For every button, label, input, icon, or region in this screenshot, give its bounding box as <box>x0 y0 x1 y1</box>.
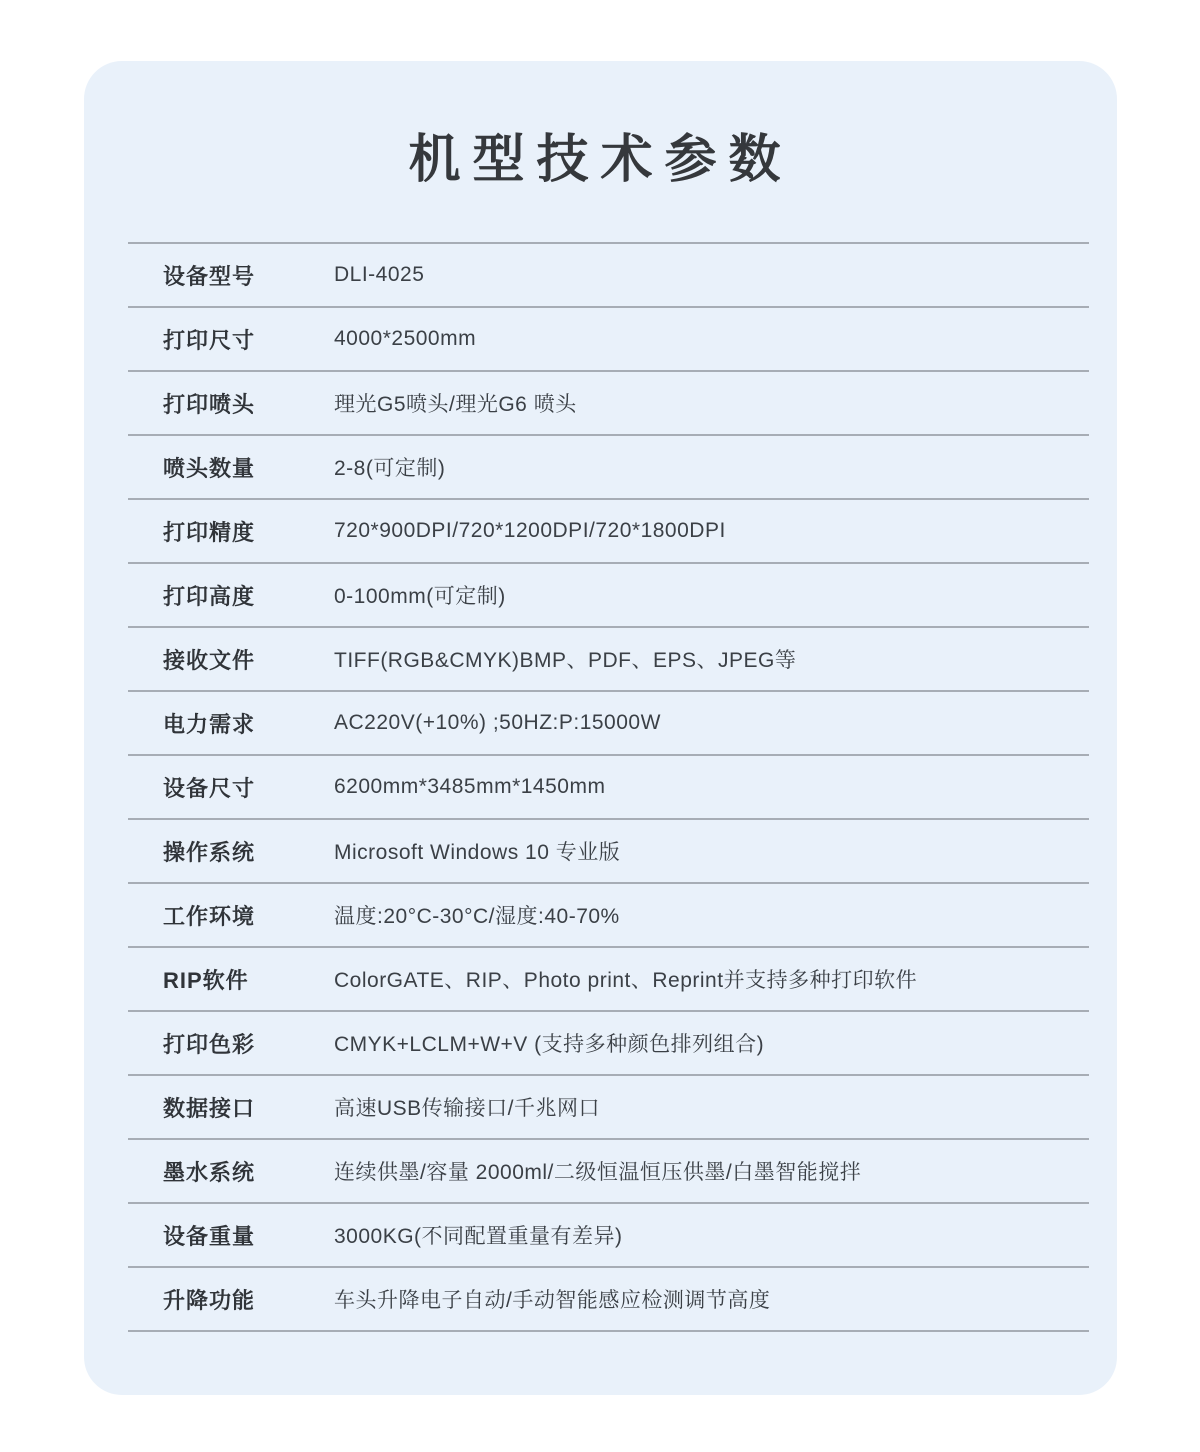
spec-label: 接收文件 <box>163 644 334 675</box>
spec-value: CMYK+LCLM+W+V (支持多种颜色排列组合) <box>334 1028 764 1058</box>
table-row: 打印色彩 CMYK+LCLM+W+V (支持多种颜色排列组合) <box>128 1010 1089 1074</box>
spec-label: 设备重量 <box>163 1220 334 1251</box>
table-row: RIP软件 ColorGATE、RIP、Photo print、Reprint并… <box>128 946 1089 1010</box>
spec-value: 车头升降电子自动/手动智能感应检测调节高度 <box>334 1284 770 1314</box>
table-row: 打印精度 720*900DPI/720*1200DPI/720*1800DPI <box>128 498 1089 562</box>
spec-label: RIP软件 <box>163 964 334 995</box>
page-title: 机型技术参数 <box>84 117 1117 192</box>
table-row: 数据接口 高速USB传输接口/千兆网口 <box>128 1074 1089 1138</box>
spec-label: 工作环境 <box>163 900 334 931</box>
spec-value: TIFF(RGB&CMYK)BMP、PDF、EPS、JPEG等 <box>334 644 796 674</box>
spec-label: 打印尺寸 <box>163 324 334 355</box>
spec-value: 2-8(可定制) <box>334 452 445 482</box>
spec-value: 连续供墨/容量 2000ml/二级恒温恒压供墨/白墨智能搅拌 <box>334 1156 861 1186</box>
spec-value: DLI-4025 <box>334 263 424 287</box>
spec-value: 4000*2500mm <box>334 327 476 351</box>
table-row: 设备重量 3000KG(不同配置重量有差异) <box>128 1202 1089 1266</box>
table-row: 电力需求 AC220V(+10%) ;50HZ:P:15000W <box>128 690 1089 754</box>
table-row: 接收文件 TIFF(RGB&CMYK)BMP、PDF、EPS、JPEG等 <box>128 626 1089 690</box>
spec-value: AC220V(+10%) ;50HZ:P:15000W <box>334 711 661 735</box>
spec-label: 打印色彩 <box>163 1028 334 1059</box>
spec-label: 设备尺寸 <box>163 772 334 803</box>
table-row: 操作系统 Microsoft Windows 10 专业版 <box>128 818 1089 882</box>
spec-value: 720*900DPI/720*1200DPI/720*1800DPI <box>334 519 726 543</box>
spec-value: 温度:20°C-30°C/湿度:40-70% <box>334 900 620 930</box>
spec-label: 数据接口 <box>163 1092 334 1123</box>
spec-value: 6200mm*3485mm*1450mm <box>334 775 605 799</box>
table-row: 设备型号 DLI-4025 <box>128 242 1089 306</box>
table-row: 设备尺寸 6200mm*3485mm*1450mm <box>128 754 1089 818</box>
spec-label: 打印喷头 <box>163 388 334 419</box>
spec-card: 机型技术参数 设备型号 DLI-4025 打印尺寸 4000*2500mm 打印… <box>84 61 1117 1395</box>
table-row: 打印尺寸 4000*2500mm <box>128 306 1089 370</box>
spec-value: 0-100mm(可定制) <box>334 580 506 610</box>
table-row: 喷头数量 2-8(可定制) <box>128 434 1089 498</box>
spec-value: 高速USB传输接口/千兆网口 <box>334 1092 600 1122</box>
spec-value: 理光G5喷头/理光G6 喷头 <box>334 388 577 418</box>
spec-label: 墨水系统 <box>163 1156 334 1187</box>
spec-label: 设备型号 <box>163 260 334 291</box>
table-row: 工作环境 温度:20°C-30°C/湿度:40-70% <box>128 882 1089 946</box>
table-row: 升降功能 车头升降电子自动/手动智能感应检测调节高度 <box>128 1266 1089 1330</box>
spec-table: 设备型号 DLI-4025 打印尺寸 4000*2500mm 打印喷头 理光G5… <box>128 242 1089 1332</box>
table-row: 墨水系统 连续供墨/容量 2000ml/二级恒温恒压供墨/白墨智能搅拌 <box>128 1138 1089 1202</box>
spec-label: 操作系统 <box>163 836 334 867</box>
spec-value: Microsoft Windows 10 专业版 <box>334 836 620 866</box>
spec-label: 喷头数量 <box>163 452 334 483</box>
spec-label: 电力需求 <box>163 708 334 739</box>
spec-label: 打印精度 <box>163 516 334 547</box>
table-row: 打印高度 0-100mm(可定制) <box>128 562 1089 626</box>
spec-value: ColorGATE、RIP、Photo print、Reprint并支持多种打印… <box>334 964 917 994</box>
spec-label: 打印高度 <box>163 580 334 611</box>
table-row: 打印喷头 理光G5喷头/理光G6 喷头 <box>128 370 1089 434</box>
spec-label: 升降功能 <box>163 1284 334 1315</box>
spec-value: 3000KG(不同配置重量有差异) <box>334 1220 623 1250</box>
